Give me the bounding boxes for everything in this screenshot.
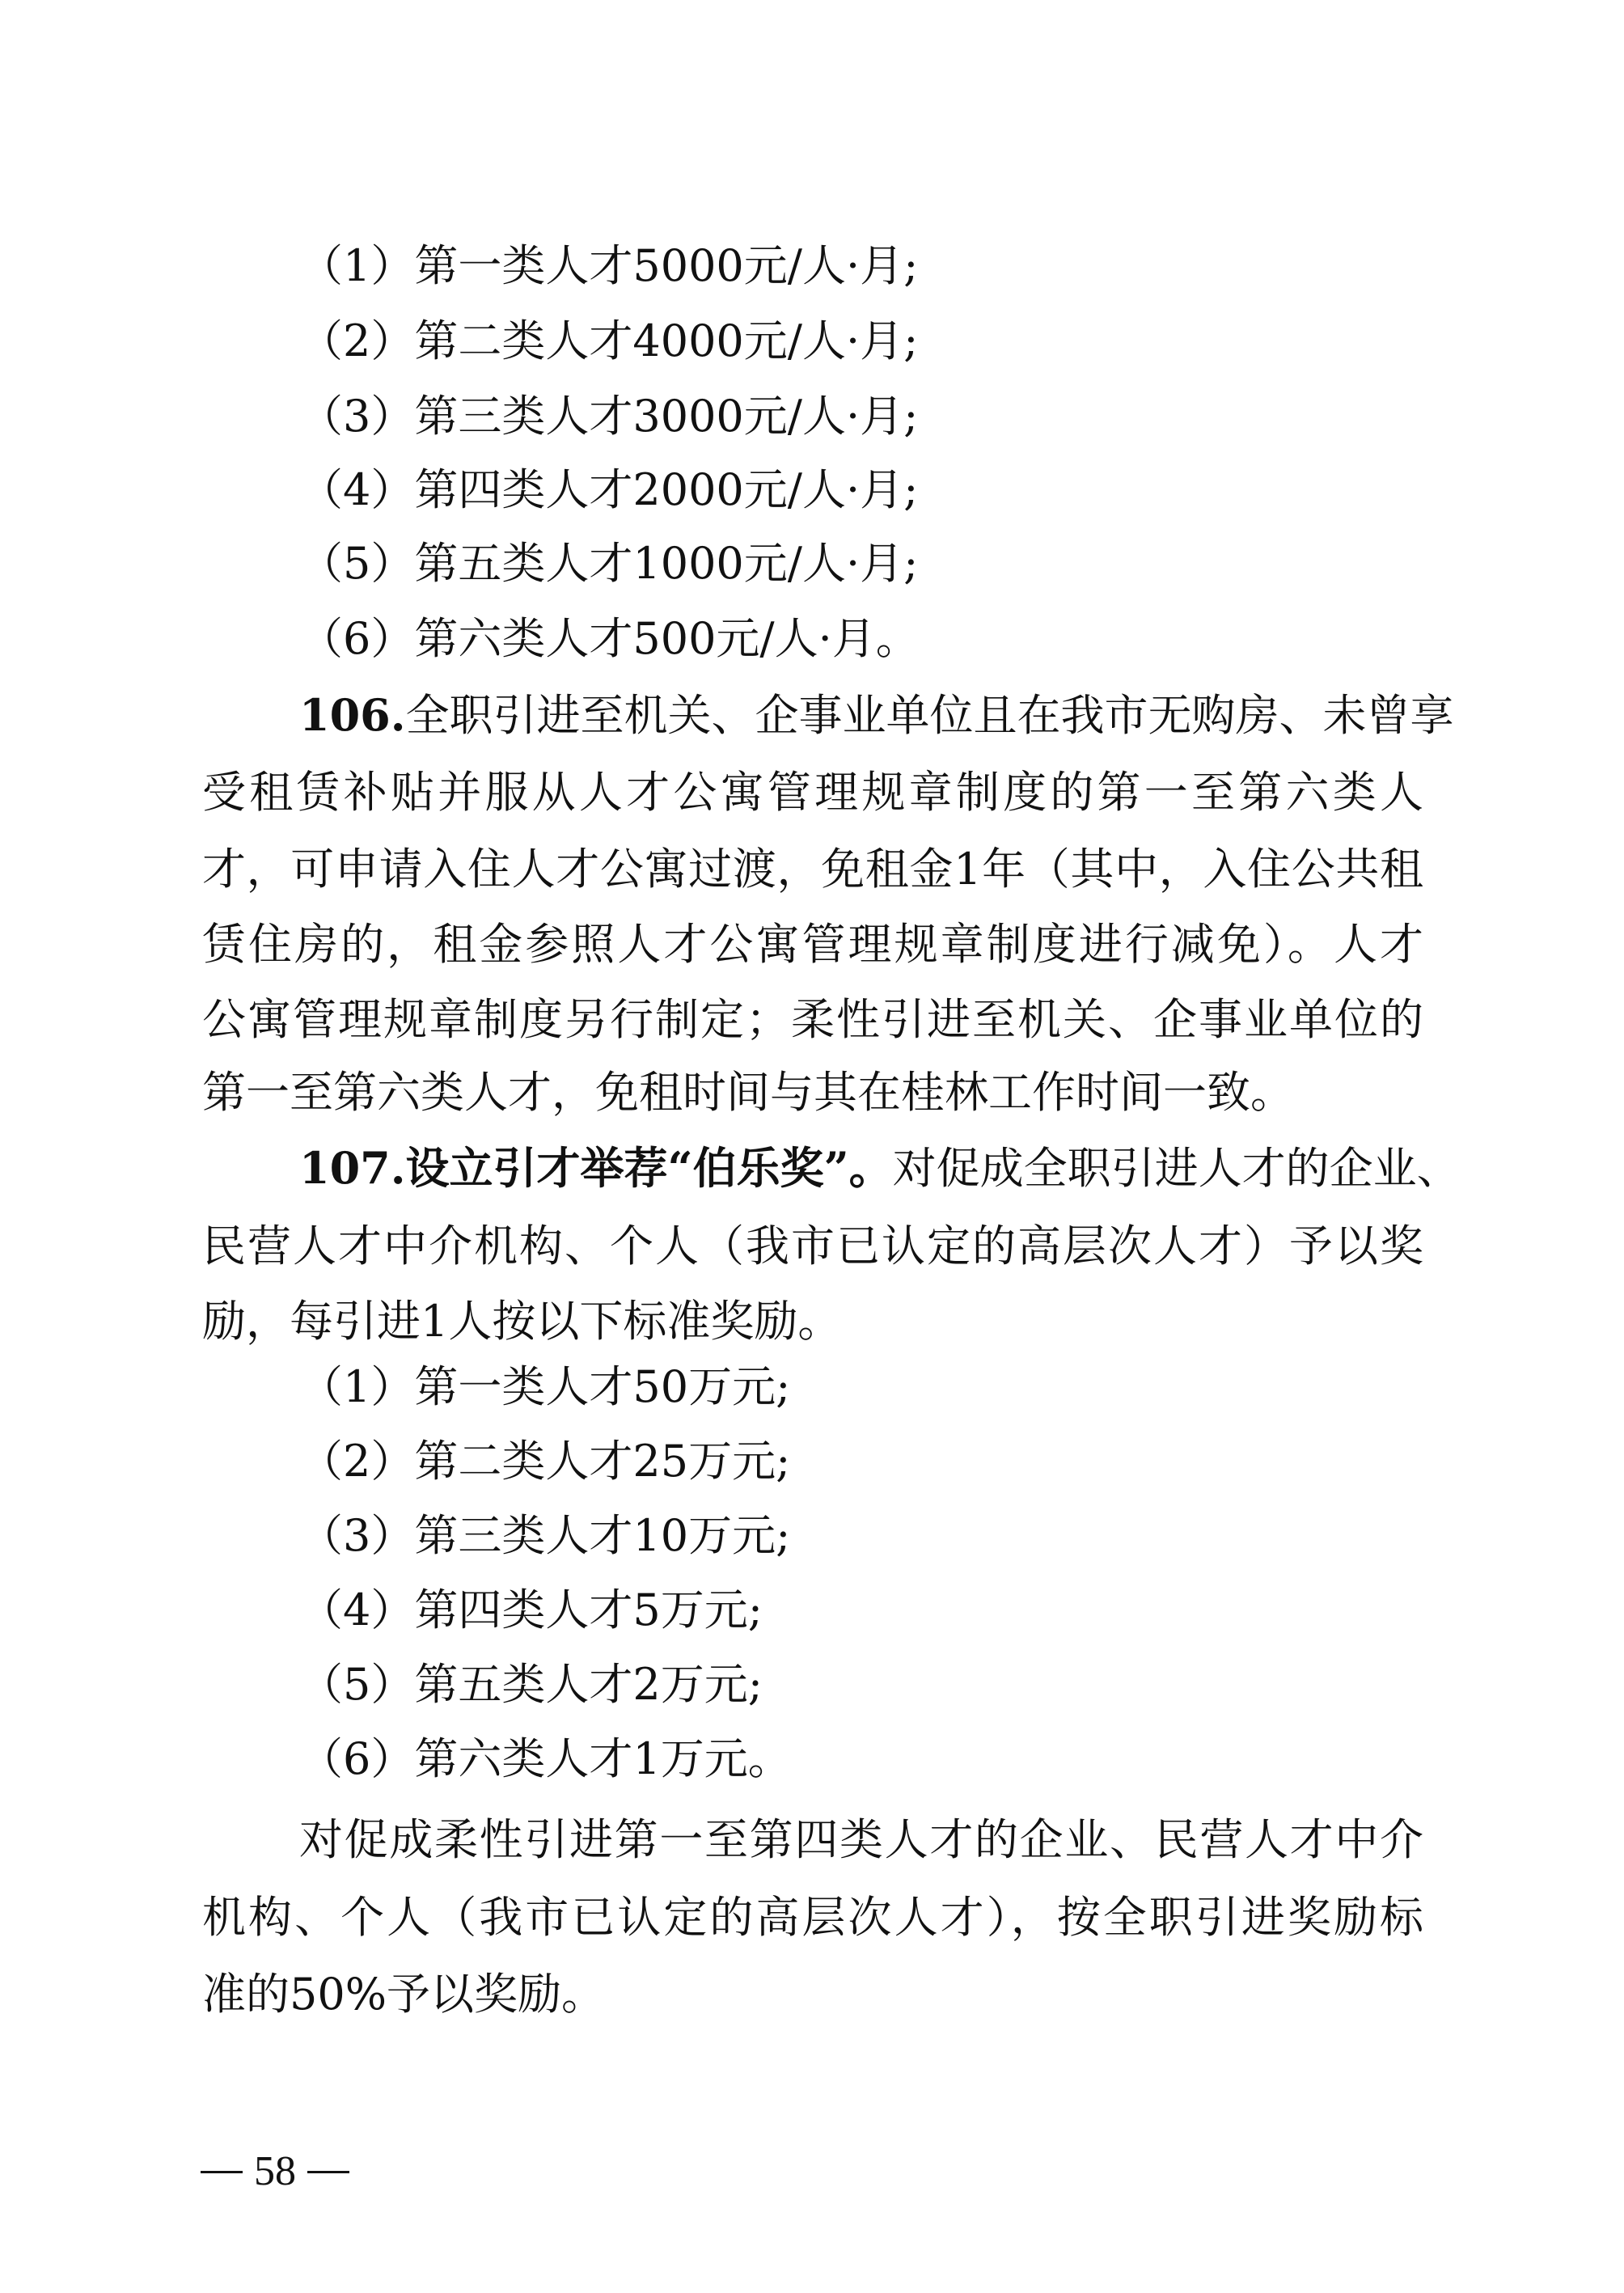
article-106-line: 受租赁补贴并服从人才公寓管理规章制度的第一至第六类人	[202, 755, 1423, 830]
award-list-item: （5）第五类人才2万元;	[299, 1647, 1520, 1722]
closing-paragraph-line: 机构、个人（我市已认定的高层次人才），按全职引进奖励标	[202, 1880, 1423, 1955]
article-106-line: 赁住房的，租金参照人才公寓管理规章制度进行减免）。人才	[202, 907, 1423, 982]
award-list-item: （3）第三类人才10万元;	[299, 1498, 1520, 1573]
article-106-number: 106.	[299, 689, 406, 741]
closing-paragraph-line: 准的50%予以奖励。	[202, 1957, 1423, 2032]
article-107-line: 民营人才中介机构、个人（我市已认定的高层次人才）予以奖	[202, 1208, 1423, 1284]
subsidy-list-item: （6）第六类人才500元/人·月。	[299, 601, 1520, 676]
closing-paragraph-line: 对促成柔性引进第一至第四类人才的企业、民营人才中介	[299, 1802, 1423, 1877]
award-list-item: （1）第一类人才50万元;	[299, 1349, 1520, 1424]
article-107-heading: 107.设立引才举荐“伯乐奖”。	[299, 1142, 893, 1194]
article-106-first-line: 106.全职引进至机关、企事业单位且在我市无购房、未曾享	[299, 678, 1423, 753]
article-106-text: 全职引进至机关、企事业单位且在我市无购房、未曾享	[406, 690, 1454, 741]
dash-left	[201, 2171, 243, 2173]
subsidy-list-item: （1）第一类人才5000元/人·月;	[299, 228, 1520, 303]
dash-right	[307, 2171, 349, 2173]
award-list-item: （4）第四类人才5万元;	[299, 1572, 1520, 1648]
subsidy-list-item: （4）第四类人才2000元/人·月;	[299, 452, 1520, 527]
document-page: （1）第一类人才5000元/人·月; （2）第二类人才4000元/人·月; （3…	[0, 0, 1624, 2293]
article-106-line: 公寓管理规章制度另行制定；柔性引进至机关、企事业单位的	[202, 982, 1423, 1057]
subsidy-list-item: （5）第五类人才1000元/人·月;	[299, 526, 1520, 601]
page-number: 58	[201, 2147, 349, 2196]
article-107-first-line: 107.设立引才举荐“伯乐奖”。对促成全职引进人才的企业、	[299, 1131, 1423, 1206]
article-107-text: 对促成全职引进人才的企业、	[893, 1143, 1461, 1194]
article-106-line: 才，可申请入住人才公寓过渡，免租金1年（其中，入住公共租	[202, 831, 1423, 907]
article-107-line: 励，每引进1人按以下标准奖励。	[202, 1284, 1423, 1359]
page-number-value: 58	[254, 2147, 296, 2196]
article-106-line: 第一至第六类人才，免租时间与其在桂林工作时间一致。	[202, 1055, 1423, 1130]
award-list-item: （6）第六类人才1万元。	[299, 1721, 1520, 1796]
award-list-item: （2）第二类人才25万元;	[299, 1424, 1520, 1499]
subsidy-list-item: （3）第三类人才3000元/人·月;	[299, 379, 1520, 454]
subsidy-list-item: （2）第二类人才4000元/人·月;	[299, 303, 1520, 379]
